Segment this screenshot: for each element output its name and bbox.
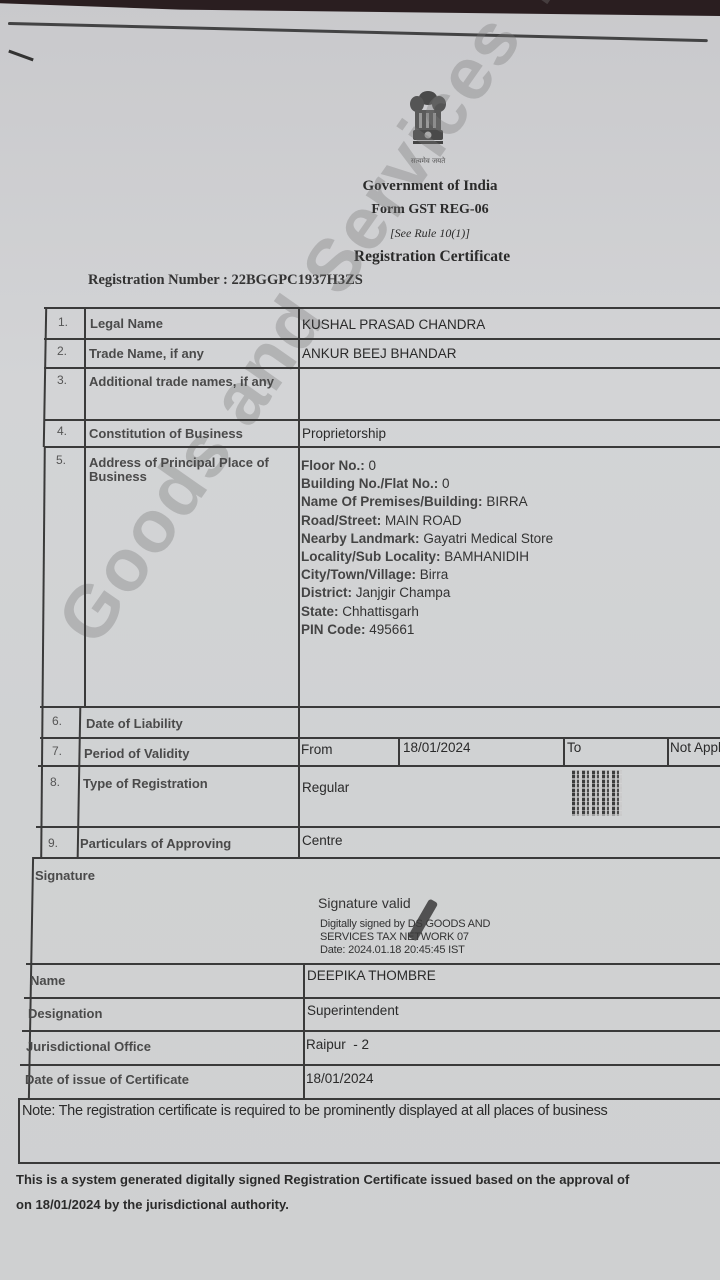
- address-line: Building No./Flat No.: 0: [301, 475, 553, 493]
- signature-status: Signature valid: [318, 895, 411, 911]
- address-line: PIN Code: 495661: [301, 621, 553, 639]
- address-line: Road/Street: MAIN ROAD: [301, 512, 553, 530]
- approving-particulars-value: Centre: [302, 833, 343, 848]
- period-of-validity-label: Period of Validity: [84, 746, 189, 761]
- display-note: Note: The registration certificate is re…: [22, 1103, 608, 1119]
- address-line: Floor No.: 0: [301, 457, 553, 475]
- validity-from-value: 18/01/2024: [403, 740, 471, 755]
- validity-to-value: Not Applicable: [670, 740, 720, 755]
- approver-name-value: DEEPIKA THOMBRE: [307, 968, 436, 983]
- signature-signed-by: Digitally signed by DS GOODS AND: [320, 918, 490, 930]
- jurisdictional-office-value: Raipur - 2: [306, 1037, 369, 1052]
- issue-date-value: 18/01/2024: [306, 1071, 374, 1086]
- signature-label: Signature: [35, 868, 95, 883]
- designation-value: Superintendent: [307, 1003, 399, 1018]
- issue-date-label: Date of issue of Certificate: [25, 1072, 189, 1087]
- rule-reference: [See Rule 10(1)]: [70, 226, 720, 241]
- address-line: Locality/Sub Locality: BAMHANIDIH: [301, 548, 553, 566]
- photo-background-edge: [0, 0, 720, 16]
- pen-mark: [8, 50, 33, 62]
- date-of-liability-label: Date of Liability: [86, 716, 183, 731]
- government-title: Government of India: [70, 178, 720, 195]
- constitution-label: Constitution of Business: [89, 426, 243, 441]
- address-line: Nearby Landmark: Gayatri Medical Store: [301, 530, 553, 548]
- certificate-title: Registration Certificate: [72, 248, 720, 266]
- trade-name-label: Trade Name, if any: [89, 346, 204, 361]
- address-label: Address of Principal Place of Business: [89, 456, 299, 484]
- legal-name-value: KUSHAL PRASAD CHANDRA: [302, 317, 485, 332]
- form-title: Form GST REG-06: [70, 202, 720, 218]
- emblem-motto: सत्यमेव जयते: [398, 157, 458, 166]
- address-line: Name Of Premises/Building: BIRRA: [301, 493, 553, 511]
- additional-trade-names-label: Additional trade names, if any: [89, 375, 289, 389]
- approver-name-label: Name: [30, 973, 65, 988]
- registration-number: Registration Number : 22BGGPC1937H3ZS: [88, 272, 363, 289]
- signature-date: Date: 2024.01.18 20:45:45 IST: [320, 944, 465, 956]
- address-line: City/Town/Village: Birra: [301, 566, 553, 584]
- address-block: Floor No.: 0 Building No./Flat No.: 0 Na…: [301, 457, 553, 639]
- paper-fold-line: [8, 22, 708, 42]
- constitution-value: Proprietorship: [302, 426, 386, 441]
- qr-code: [572, 770, 622, 816]
- national-emblem-icon: [405, 88, 451, 148]
- footer-line-1: This is a system generated digitally sig…: [16, 1172, 629, 1187]
- signature-signed-by-line2: SERVICES TAX NETWORK 07: [320, 931, 469, 943]
- address-line: State: Chhattisgarh: [301, 603, 553, 621]
- registration-type-label: Type of Registration: [83, 776, 208, 791]
- validity-to-label: To: [567, 740, 581, 755]
- jurisdictional-office-label: Jurisdictional Office: [26, 1039, 151, 1054]
- legal-name-label: Legal Name: [90, 316, 163, 331]
- footer-line-2: on 18/01/2024 by the jurisdictional auth…: [16, 1197, 289, 1212]
- validity-from-label: From: [301, 742, 333, 757]
- registration-number-value: 22BGGPC1937H3ZS: [232, 272, 363, 288]
- trade-name-value: ANKUR BEEJ BHANDAR: [302, 346, 457, 361]
- designation-label: Designation: [28, 1006, 102, 1021]
- approving-particulars-label: Particulars of Approving: [80, 836, 231, 851]
- registration-type-value: Regular: [302, 780, 349, 795]
- registration-number-label: Registration Number :: [88, 272, 228, 288]
- address-line: District: Janjgir Champa: [301, 584, 553, 602]
